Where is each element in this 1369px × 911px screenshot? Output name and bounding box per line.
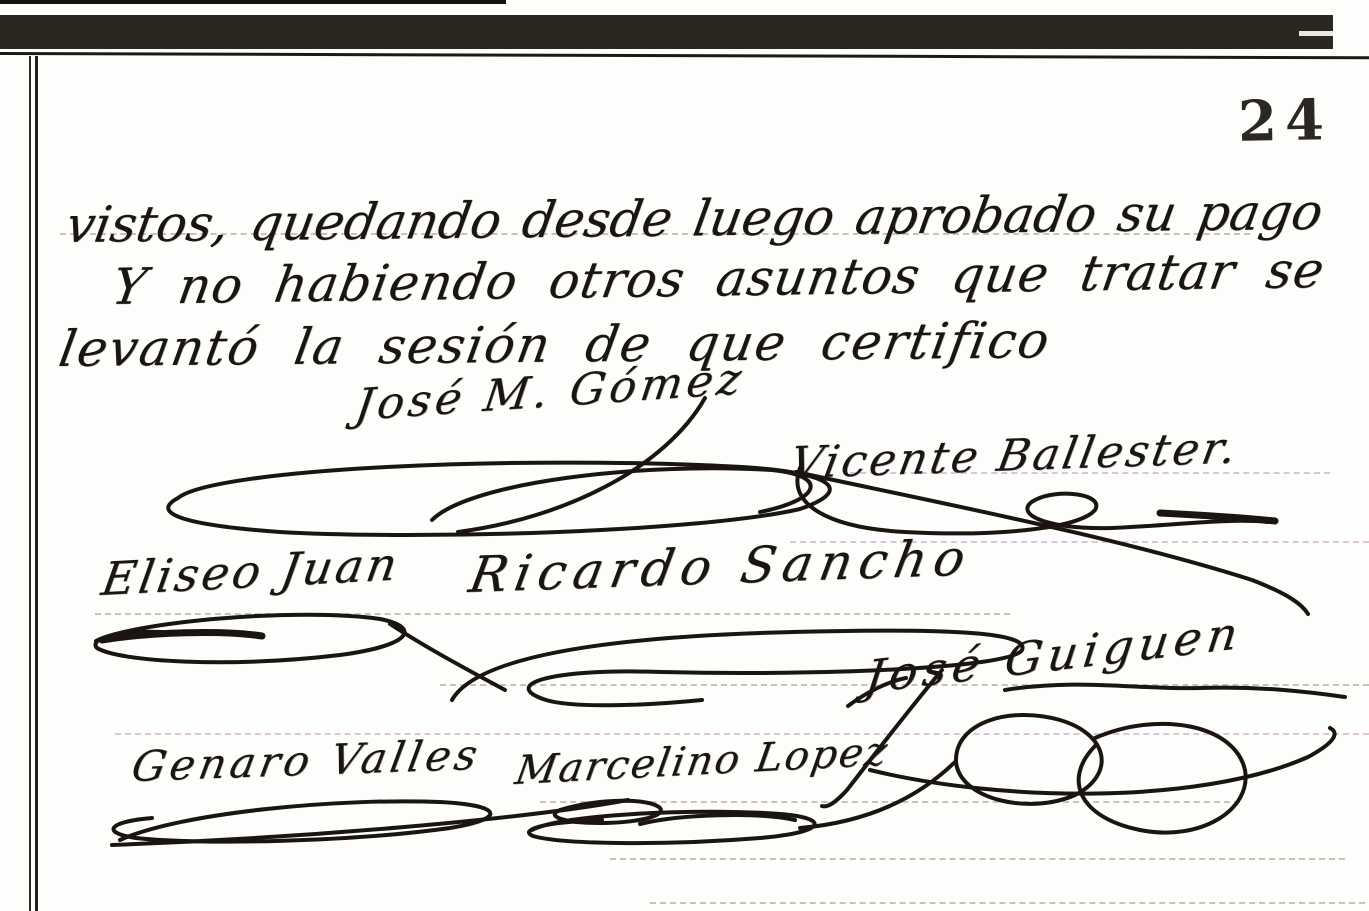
- signature-eliseo-juan: Eliseo Juan: [98, 537, 404, 606]
- scan-bar-notch: [1299, 31, 1333, 36]
- scan-black-bar: [0, 15, 1333, 49]
- scan-artifact-line: [115, 733, 1369, 735]
- page-number: 24: [1237, 87, 1332, 155]
- left-margin-rule-inner: [35, 56, 38, 911]
- manuscript-line-2: Y no habiendo otros asuntos que tratar s…: [108, 241, 1329, 316]
- scan-artifact-line: [540, 801, 1240, 803]
- scan-rule-line: [0, 52, 1369, 59]
- scan-artifact-line: [650, 902, 1365, 904]
- signature-vicente-ballester: Vicente Ballester.: [786, 422, 1243, 489]
- signature-ricardo-sancho: Ricardo Sancho: [465, 529, 977, 604]
- signature-genaro-valles: Genaro Valles: [128, 730, 485, 791]
- rubric-flourish-genaro: [112, 800, 661, 845]
- scan-edge-hairline: [0, 0, 506, 4]
- rubric-flourish-eliseo: [95, 615, 505, 690]
- scan-artifact-line: [610, 858, 1345, 860]
- signature-jose-guiguen: José Guiguen: [862, 605, 1246, 704]
- scan-artifact-line: [95, 613, 1010, 615]
- scanned-minutes-page: 24 vistos, quedando desde luego aprobado…: [0, 0, 1369, 911]
- signature-marcelino-lopez: Marcelino Lopez: [512, 729, 892, 794]
- left-margin-rule-outer: [29, 56, 31, 911]
